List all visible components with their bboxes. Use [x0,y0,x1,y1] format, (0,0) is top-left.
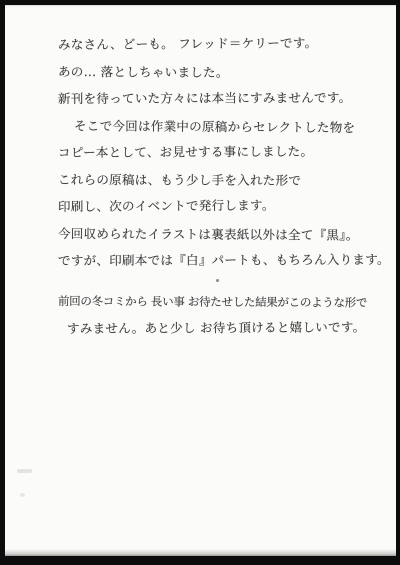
scanned-page: みなさん、どーも。 フレッド＝ケリーです。 あの… 落としちゃいました。 新刊を… [0,0,400,565]
handwritten-note: みなさん、どーも。 フレッド＝ケリーです。 あの… 落としちゃいました。 新刊を… [58,31,400,342]
paper-sheet: みなさん、どーも。 フレッド＝ケリーです。 あの… 落としちゃいました。 新刊を… [5,5,396,556]
note-line: 新刊を待っていた方々には本当にすみませんです。 [58,84,400,112]
note-line: すみません。あと少し お待ち頂けると嬉しいです。 [58,313,400,342]
scan-shadow [5,549,396,556]
note-line: 今回収められたイラストは裏表紙以外は全て『黒』。 [58,220,400,249]
note-line: ですが、印刷本では『白』パートも、もちろん入ります。 [58,246,400,274]
scan-smudge [17,469,32,473]
scan-smudge [20,493,25,497]
note-line: 印刷し、次のイベントで発行します。 [58,191,400,220]
note-line: あの… 落としちゃいました。 [58,58,400,87]
note-line: みなさん、どーも。 フレッド＝ケリーです。 [58,29,400,58]
note-line: コピー本として、お見せする事にしました。 [58,137,400,166]
ink-speck [216,279,219,282]
